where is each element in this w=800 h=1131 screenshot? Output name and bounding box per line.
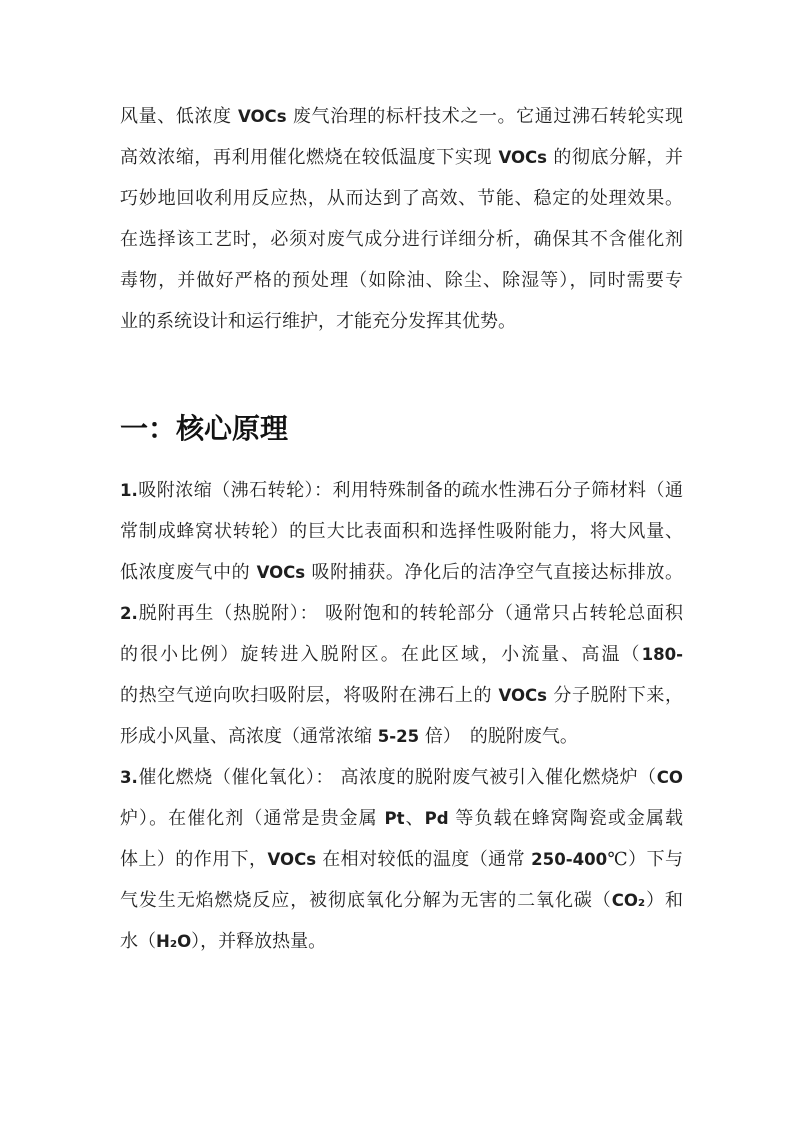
text-line: 1.吸附浓缩（沸石转轮）：利用特殊制备的疏水性沸石分子筛材料（通	[120, 470, 683, 511]
text-line: 在选择该工艺时，必须对废气成分进行详细分析，确保其不含催化剂	[120, 219, 683, 260]
text-line: 水（H₂O），并释放热量。	[120, 921, 683, 962]
latin-text: VOCs	[238, 107, 287, 126]
text-line: 体上）的作用下，VOCs 在相对较低的温度（通常 250-400℃）下与氧	[120, 839, 683, 880]
latin-text: H₂O	[156, 932, 191, 951]
latin-text: 5-25	[378, 727, 419, 746]
latin-text: CO	[657, 768, 683, 787]
text-line: 的很小比例）旋转进入脱附区。在此区域，小流量、高温（180-220℃）	[120, 634, 683, 675]
document-page: 风量、低浓度 VOCs 废气治理的标杆技术之一。它通过沸石转轮实现高效浓缩，再利…	[0, 0, 800, 1131]
section-heading: 一：核心原理	[120, 408, 683, 449]
text-line: 高效浓缩，再利用催化燃烧在较低温度下实现 VOCs 的彻底分解，并	[120, 137, 683, 178]
latin-text: 180-220	[120, 645, 683, 675]
latin-text: 1.	[120, 481, 138, 500]
latin-text: Pt	[385, 809, 405, 828]
latin-text: VOCs	[498, 686, 547, 705]
latin-text: VOCs	[257, 563, 306, 582]
text-line: 3.催化燃烧（催化氧化）： 高浓度的脱附废气被引入催化燃烧炉（CO	[120, 757, 683, 798]
text-line: 巧妙地回收利用反应热，从而达到了高效、节能、稳定的处理效果。	[120, 178, 683, 219]
latin-text: CO₂	[612, 891, 645, 910]
text-line: 毒物，并做好严格的预处理（如除油、除尘、除湿等），同时需要专	[120, 260, 683, 301]
intro-paragraph: 风量、低浓度 VOCs 废气治理的标杆技术之一。它通过沸石转轮实现高效浓缩，再利…	[120, 96, 683, 342]
text-line: 的热空气逆向吹扫吸附层，将吸附在沸石上的 VOCs 分子脱附下来，	[120, 675, 683, 716]
text-line: 炉）。在催化剂（通常是贵金属 Pt、Pd 等负载在蜂窝陶瓷或金属载	[120, 798, 683, 839]
latin-text: VOCs	[267, 850, 316, 869]
text-line: 业的系统设计和运行维护，才能充分发挥其优势。	[120, 301, 683, 342]
text-line: 气发生无焰燃烧反应，被彻底氧化分解为无害的二氧化碳（CO₂）和	[120, 880, 683, 921]
text-line: 2.脱附再生（热脱附）： 吸附饱和的转轮部分（通常只占转轮总面积	[120, 593, 683, 634]
principles-paragraph: 1.吸附浓缩（沸石转轮）：利用特殊制备的疏水性沸石分子筛材料（通常制成蜂窝状转轮…	[120, 470, 683, 962]
text-line: 形成小风量、高浓度（通常浓缩 5-25 倍） 的脱附废气。	[120, 716, 683, 757]
latin-text: 2.	[120, 604, 138, 623]
text-line: 低浓度废气中的 VOCs 吸附捕获。净化后的洁净空气直接达标排放。	[120, 552, 683, 593]
latin-text: VOCs	[498, 148, 547, 167]
text-line: 风量、低浓度 VOCs 废气治理的标杆技术之一。它通过沸石转轮实现	[120, 96, 683, 137]
latin-text: 250-400	[531, 850, 607, 869]
text-line: 常制成蜂窝状转轮）的巨大比表面积和选择性吸附能力，将大风量、	[120, 511, 683, 552]
latin-text: 3.	[120, 768, 138, 787]
latin-text: Pd	[425, 809, 449, 828]
document-content: 风量、低浓度 VOCs 废气治理的标杆技术之一。它通过沸石转轮实现高效浓缩，再利…	[0, 0, 800, 962]
